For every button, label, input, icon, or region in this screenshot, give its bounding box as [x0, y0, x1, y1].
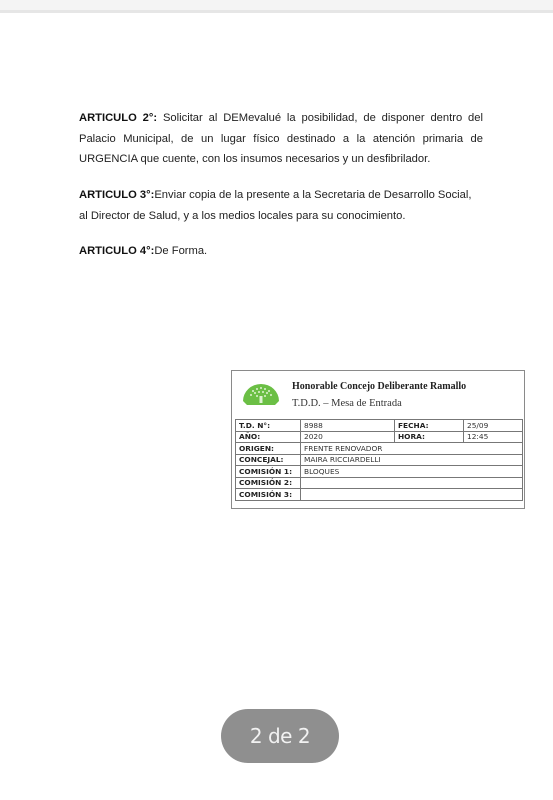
- table-row: COMISIÓN 2:: [236, 477, 523, 489]
- anio-label: AÑO:: [236, 431, 301, 443]
- table-row: T.D. N°: 8988 FECHA: 25/09: [236, 420, 523, 432]
- comision-2-value: [301, 477, 523, 489]
- concejal-label: CONCEJAL:: [236, 454, 301, 466]
- comision-1-label: COMISIÓN 1:: [236, 466, 301, 478]
- origen-value: FRENTE RENOVADOR: [301, 443, 523, 455]
- hcd-dome-logo-icon: [242, 381, 280, 407]
- page-indicator: 2 de 2: [221, 709, 339, 763]
- stamp-subtitle: T.D.D. – Mesa de Entrada: [292, 398, 402, 409]
- article-3-label: ARTICULO 3°:: [79, 189, 154, 201]
- comision-2-label: COMISIÓN 2:: [236, 477, 301, 489]
- td-number-value: 8988: [301, 420, 395, 432]
- fecha-value: 25/09: [464, 420, 523, 432]
- article-2: ARTICULO 2°: Solicitar al DEMevalué la p…: [79, 108, 483, 170]
- comision-3-value: [301, 489, 523, 501]
- table-row: COMISIÓN 3:: [236, 489, 523, 501]
- td-number-label: T.D. N°:: [236, 420, 301, 432]
- stamp-title: Honorable Concejo Deliberante Ramallo: [292, 381, 466, 392]
- article-2-label: ARTICULO 2°:: [79, 112, 157, 124]
- reception-stamp: Honorable Concejo Deliberante Ramallo T.…: [231, 370, 525, 509]
- comision-1-value: BLOQUES: [301, 466, 523, 478]
- article-4-text: De Forma.: [154, 245, 207, 257]
- comision-3-label: COMISIÓN 3:: [236, 489, 301, 501]
- article-4-label: ARTICULO 4°:: [79, 245, 154, 257]
- article-4: ARTICULO 4°:De Forma.: [79, 241, 483, 262]
- viewer-top-bar: [0, 0, 553, 13]
- hora-label: HORA:: [395, 431, 464, 443]
- fecha-label: FECHA:: [395, 420, 464, 432]
- table-row: COMISIÓN 1: BLOQUES: [236, 466, 523, 478]
- concejal-value: MAIRA RICCIARDELLI: [301, 454, 523, 466]
- table-row: ORIGEN: FRENTE RENOVADOR: [236, 443, 523, 455]
- table-row: AÑO: 2020 HORA: 12:45: [236, 431, 523, 443]
- stamp-header: Honorable Concejo Deliberante Ramallo T.…: [232, 371, 524, 418]
- hora-value: 12:45: [464, 431, 523, 443]
- origen-label: ORIGEN:: [236, 443, 301, 455]
- table-row: CONCEJAL: MAIRA RICCIARDELLI: [236, 454, 523, 466]
- registration-table: T.D. N°: 8988 FECHA: 25/09 AÑO: 2020 HOR…: [235, 419, 523, 501]
- article-3: ARTICULO 3°:Enviar copia de la presente …: [79, 185, 483, 226]
- anio-value: 2020: [301, 431, 395, 443]
